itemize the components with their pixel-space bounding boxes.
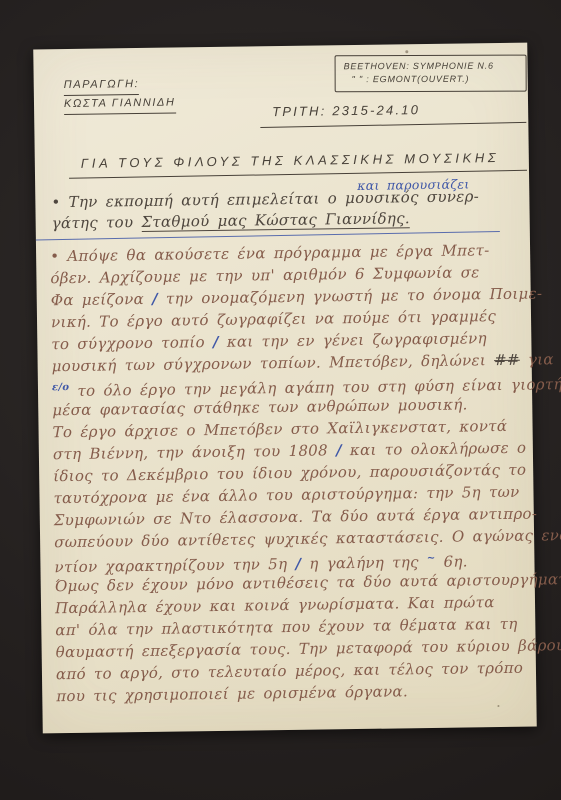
handwriting-segment: γάτης του (52, 213, 134, 232)
broadcast-date: ΤΡΙΤΗ: 2315-24.10 (272, 102, 420, 119)
handwriting-segment: και το ολοκλήρωσε ο (350, 439, 527, 459)
handwriting-segment: για (528, 350, 554, 368)
handwriting-segment: / (213, 333, 219, 351)
program-box: BEETHOVEN: SYMPHONIE N.6 " " : EGMONT(OU… (335, 55, 527, 93)
body-text: • Απόψε θα ακούσετε ένα πρόγραμμα με έργ… (50, 239, 526, 708)
intro-note: • Την εκπομπή αυτή επιμελείται ο μουσικό… (51, 186, 518, 235)
date-underline (260, 122, 526, 128)
handwriting-segment: / (152, 290, 158, 308)
handwriting-segment: και την εν γένει ζωγραφισμένη (227, 329, 487, 351)
handwriting-segment: / (295, 555, 301, 573)
paper-speck (497, 705, 499, 707)
handwriting-segment: που τις χρησιμοποιεί με ορισμένα όργανα. (56, 682, 408, 705)
producer-name: ΚΩΣΤΑ ΓΙΑΝΝΙΔΗ (64, 95, 176, 116)
handwriting-segment: την ονομαζόμενη γνωστή με το όνομα Ποιμε… (166, 284, 543, 307)
program-box-line1: BEETHOVEN: SYMPHONIE N.6 (344, 60, 520, 74)
photo-of-document: { "photo": { "background_color": "#26222… (0, 0, 561, 800)
paper-speck (405, 50, 408, 53)
handwriting-segment: στη Βιέννη, την άνοιξη του 1808 (53, 441, 328, 463)
handwriting-segment: 6η. (443, 552, 467, 570)
handwriting-segment: από το αργό, στο τελευταίο μέρος, και τέ… (56, 659, 523, 684)
handwriting-segment: Φα μείζονα (51, 290, 145, 309)
handwriting-segment: ε/ο (52, 382, 69, 393)
production-credit: ΠΑΡΑΓΩΓΗ: ΚΩΣΤΑ ΓΙΑΝΝΙΔΗ (64, 76, 176, 116)
handwriting-segment: Σταθμού μας Κώστας Γιαννίδης. (141, 209, 410, 232)
handwriting-segment: ~ (427, 553, 436, 564)
handwriting-segment: ## (494, 351, 520, 369)
handwriting-segment: • Την εκπομπή αυτή επιμελείται ο μουσικό… (51, 187, 479, 211)
handwriting-segment: το σύγχρονο τοπίο (51, 333, 205, 353)
program-box-line2: " " : EGMONT(OUVERT.) (344, 73, 520, 87)
production-label: ΠΑΡΑΓΩΓΗ: (64, 76, 140, 96)
paper-sheet: ΠΑΡΑΓΩΓΗ: ΚΩΣΤΑ ΓΙΑΝΝΙΔΗ BEETHOVEN: SYMP… (33, 43, 537, 734)
page-title: ΓΙΑ ΤΟΥΣ ΦΙΛΟΥΣ ΤΗΣ ΚΛΑΣΣΙΚΗΣ ΜΟΥΣΙΚΗΣ (81, 150, 500, 171)
handwriting-segment: / (336, 441, 342, 459)
